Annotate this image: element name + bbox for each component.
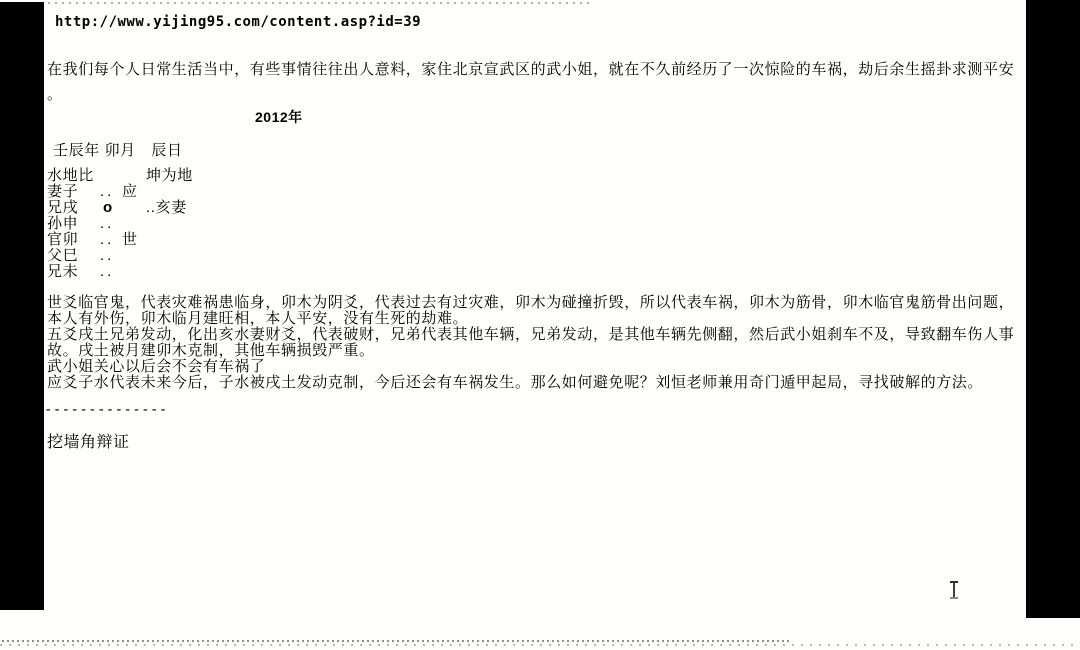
- shi-tag: 世: [122, 232, 138, 248]
- yin-line-marker: ..: [100, 248, 114, 264]
- hexagram-title-row: 水地比 坤为地: [47, 168, 447, 184]
- line-label: 兄未: [47, 264, 78, 280]
- hexagram-row: 兄未 ..: [47, 264, 447, 280]
- hexagram-block: 水地比 坤为地 妻子 .. 应 兄戌 o ..亥妻 孙申 .. 官卯 .. 世 …: [47, 168, 447, 280]
- i-beam-cursor-icon: [948, 581, 960, 599]
- changed-line-text: ..亥妻: [146, 200, 187, 216]
- line-label: 妻子: [47, 184, 78, 200]
- line-label: 兄戌: [47, 200, 78, 216]
- hexagram-row: 兄戌 o ..亥妻: [47, 200, 447, 216]
- intro-paragraph: 在我们每个人日常生活当中，有些事情往往出人意料，家住北京宣武区的武小姐，就在不久…: [47, 57, 1032, 107]
- page-url-text: http://www.yijing95.com/content.asp?id=3…: [55, 14, 421, 30]
- year-heading: 2012年: [255, 107, 303, 127]
- i-beam-stem: [953, 582, 955, 597]
- hexagram-row: 父巳 ..: [47, 248, 447, 264]
- hexagram-row: 官卯 .. 世: [47, 232, 447, 248]
- yin-line-marker: ..: [100, 264, 114, 280]
- page: http://www.yijing95.com/content.asp?id=3…: [0, 0, 1080, 650]
- line-label: 孙申: [47, 216, 78, 232]
- analysis-paragraph: 世爻临官鬼，代表灾难祸患临身，卯木为阴爻，代表过去有过灾难，卯木为碰撞折毁，所以…: [47, 295, 1032, 391]
- line-label: 父巳: [47, 248, 78, 264]
- changed-hexagram-name: 坤为地: [146, 168, 193, 184]
- ying-tag: 应: [122, 184, 138, 200]
- ganzhi-date-line: 壬辰年 卯月 辰日: [53, 139, 183, 160]
- yin-line-marker: ..: [100, 184, 114, 200]
- hexagram-row: 孙申 ..: [47, 216, 447, 232]
- yin-line-marker: ..: [100, 232, 114, 248]
- bottom-dotted-border-secondary: [0, 644, 1080, 646]
- right-black-bar: [1026, 0, 1080, 618]
- i-beam-bottom-serif: [950, 597, 958, 599]
- yin-line-marker: ..: [100, 216, 114, 232]
- divider-dashes: --------------: [44, 402, 168, 418]
- hexagram-row: 妻子 .. 应: [47, 184, 447, 200]
- main-hexagram-name: 水地比: [47, 168, 94, 184]
- moving-line-marker: o: [103, 200, 112, 216]
- left-black-bar: [0, 2, 44, 610]
- bottom-dotted-border: [2, 640, 790, 642]
- line-label: 官卯: [47, 232, 78, 248]
- footer-section-title: 挖墙角辩证: [47, 429, 130, 452]
- top-dotted-border: [48, 2, 593, 4]
